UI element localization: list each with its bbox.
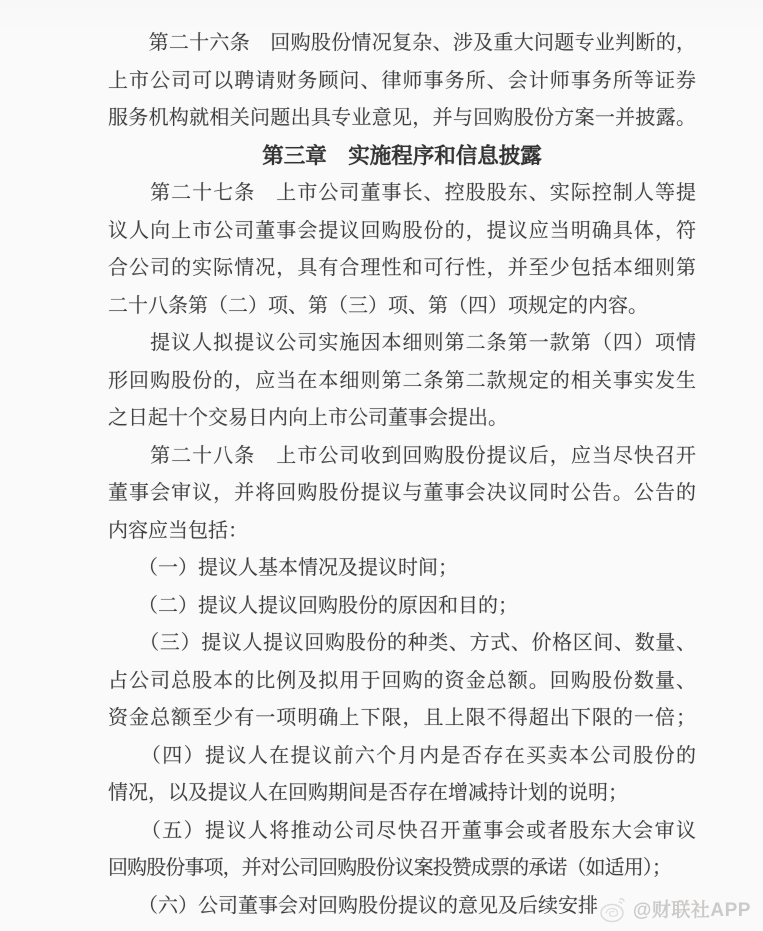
chapter-heading: 第三章 实施程序和信息披露	[108, 138, 696, 176]
text-line: 第二十七条 上市公司董事长、控股股东、实际控制人等提	[108, 175, 696, 213]
list-item-line: （三）提议人提议回购股份的种类、方式、价格区间、数量、	[108, 625, 696, 663]
text-line: 回购股份事项，并对公司回购股份议案投赞成票的承诺（如适用）；	[108, 850, 696, 888]
text-line: 第二十八条 上市公司收到回购股份提议后，应当尽快召开	[108, 438, 696, 476]
text-line: 二十八条第（二）项、第（三）项、第（四）项规定的内容。	[108, 288, 696, 326]
list-item-line: （五）提议人将推动公司尽快召开董事会或者股东大会审议	[108, 813, 696, 851]
text-line: 之日起十个交易日内向上市公司董事会提出。	[108, 400, 696, 438]
text-line: 提议人拟提议公司实施因本细则第二条第一款第（四）项情	[108, 325, 696, 363]
text-line: 董事会审议，并将回购股份提议与董事会决议同时公告。公告的	[108, 475, 696, 513]
document-body: 第二十六条 回购股份情况复杂、涉及重大问题专业判断的， 上市公司可以聘请财务顾问…	[108, 25, 696, 925]
list-item-line: （四）提议人在提议前六个月内是否存在买卖本公司股份的	[108, 738, 696, 776]
text-line: 合公司的实际情况，具有合理性和可行性，并至少包括本细则第	[108, 250, 696, 288]
text-line: 服务机构就相关问题出具专业意见，并与回购股份方案一并披露。	[108, 100, 696, 138]
text-line: 情况，以及提议人在回购期间是否存在增减持计划的说明；	[108, 775, 696, 813]
text-line: 内容应当包括：	[108, 513, 696, 551]
document-page: 第二十六条 回购股份情况复杂、涉及重大问题专业判断的， 上市公司可以聘请财务顾问…	[0, 0, 763, 931]
text-line: 第二十六条 回购股份情况复杂、涉及重大问题专业判断的，	[108, 25, 696, 63]
text-line: 占公司总股本的比例及拟用于回购的资金总额。回购股份数量、	[108, 663, 696, 701]
text-line: 议人向上市公司董事会提议回购股份的，提议应当明确具体，符	[108, 213, 696, 251]
text-line: 资金总额至少有一项明确上下限，且上限不得超出下限的一倍；	[108, 700, 696, 738]
list-item-line: （一）提议人基本情况及提议时间；	[108, 550, 696, 588]
list-item-line: （六）公司董事会对回购股份提议的意见及后续安排	[108, 888, 696, 926]
text-line: 上市公司可以聘请财务顾问、律师事务所、会计师事务所等证券	[108, 63, 696, 101]
text-line: 形回购股份的，应当在本细则第二条第二款规定的相关事实发生	[108, 363, 696, 401]
list-item-line: （二）提议人提议回购股份的原因和目的；	[108, 588, 696, 626]
